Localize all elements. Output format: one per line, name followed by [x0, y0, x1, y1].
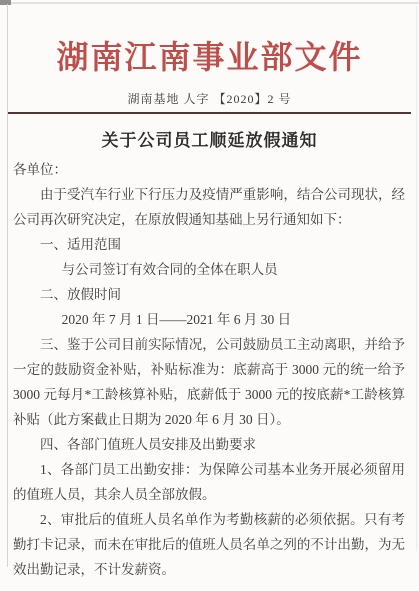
scan-edge-top: [0, 2, 419, 4]
doc-number: 湖南基地 人字 【2020】2 号: [0, 92, 419, 107]
document-paragraph: 二、放假时间: [13, 282, 405, 307]
document-paragraph: 2、审批后的值班人员名单作为考勤核薪的必须依据。只有考勤打卡记录，而未在审批后的…: [13, 507, 405, 582]
salutation: 各单位：: [13, 157, 405, 182]
document-paragraph: 一、适用范围: [13, 232, 405, 257]
document-paragraph: 由于受汽车行业下行压力及疫情严重影响，结合公司现状，经公司再次研究决定，在原放假…: [13, 182, 405, 232]
document-paragraph: 2020 年 7 月 1 日——2021 年 6 月 30 日: [13, 307, 405, 332]
scan-edge-right: [416, 6, 417, 551]
scan-edge-corner: [0, 0, 11, 5]
document-header: 湖南江南事业部文件 湖南基地 人字 【2020】2 号: [0, 0, 419, 114]
document-paragraph: 1、各部门员工出勤安排：为保障公司基本业务开展必须留用的值班人员，其余人员全部放…: [13, 457, 405, 507]
scan-edge-left: [7, 4, 8, 567]
document-paragraph: 与公司签订有效合同的全体在职人员: [13, 257, 405, 282]
header-rule: [8, 112, 411, 114]
document-paragraph: 三、鉴于公司目前实际情况，公司鼓励员工主动离职，并给予一定的鼓励资金补贴，补贴标…: [13, 332, 405, 432]
org-title: 湖南江南事业部文件: [0, 34, 419, 80]
document-page: 湖南江南事业部文件 湖南基地 人字 【2020】2 号 关于公司员工顺延放假通知…: [0, 0, 419, 591]
doc-title: 关于公司员工顺延放假通知: [0, 129, 419, 153]
doc-body: 各单位： 由于受汽车行业下行压力及疫情严重影响，结合公司现状，经公司再次研究决定…: [13, 157, 405, 582]
document-paragraph: 四、各部门值班人员安排及出勤要求: [13, 432, 405, 457]
